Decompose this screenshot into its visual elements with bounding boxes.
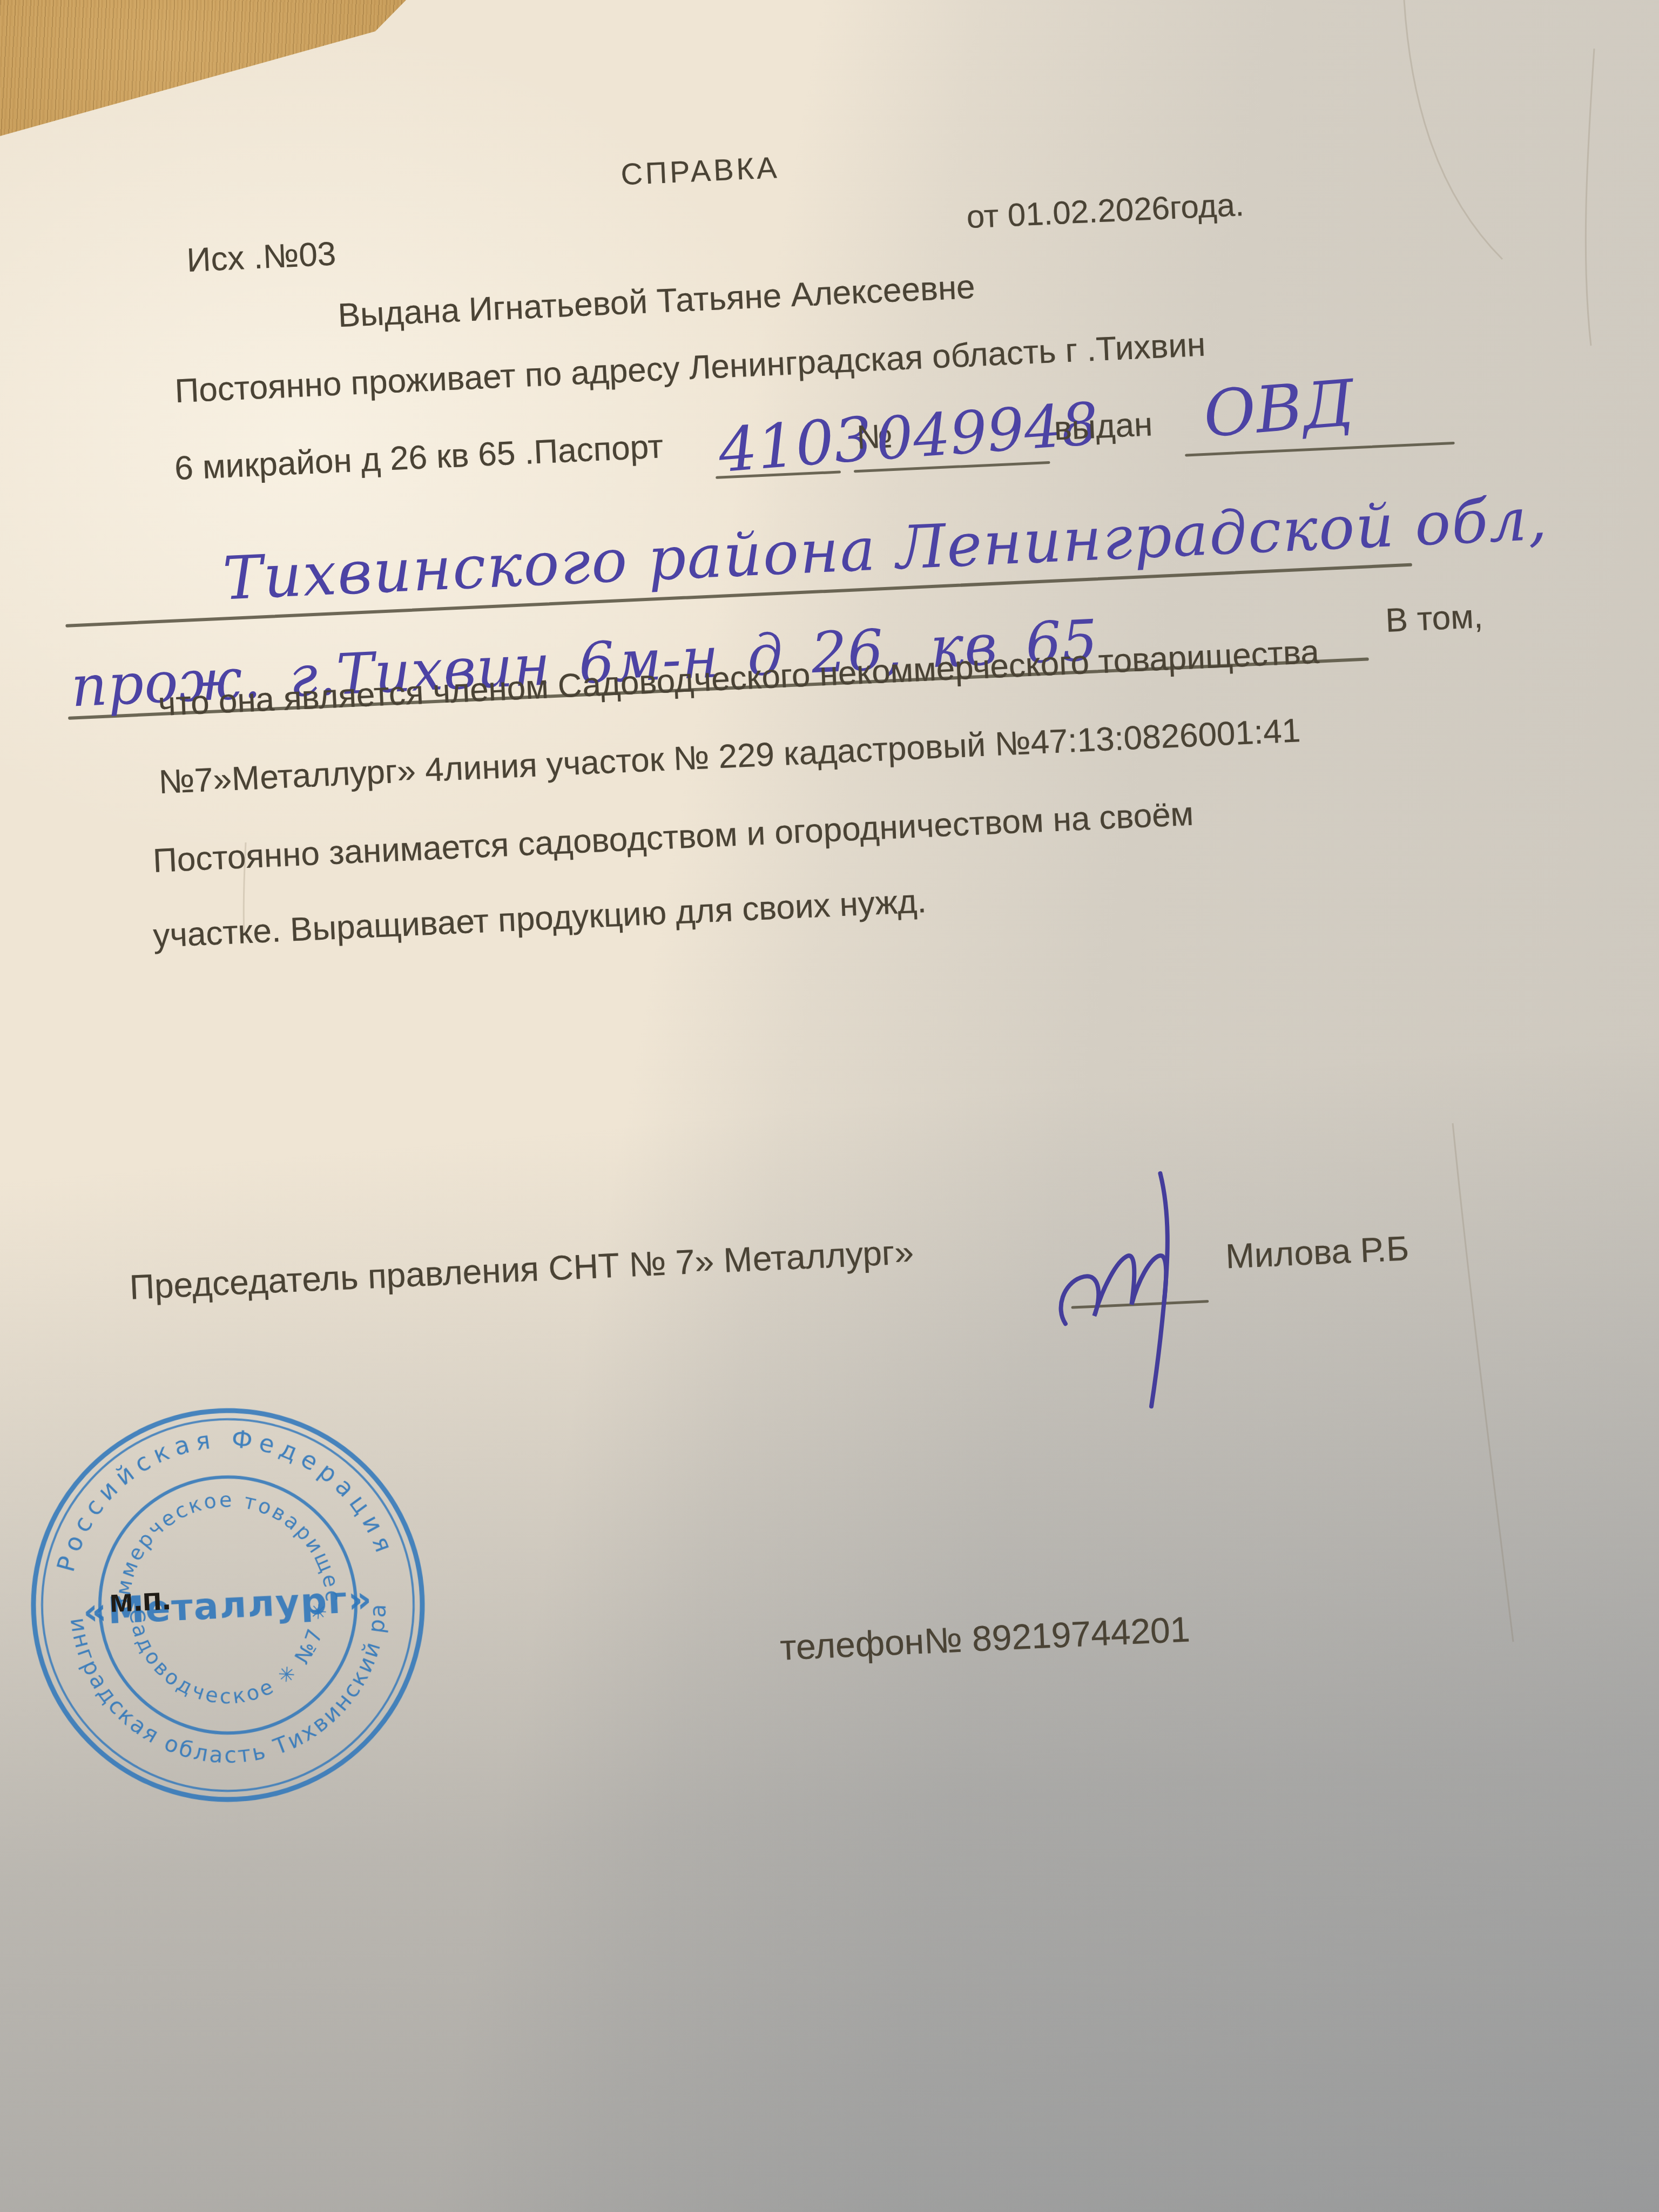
- passport-issued-label: выдан: [1053, 405, 1153, 448]
- stamp-place-mark: м.п.: [109, 1580, 172, 1620]
- signature-tail: [1141, 1174, 1176, 1407]
- passport-issued-by-handwritten: ОВД: [1201, 371, 1357, 447]
- document-content: СПРАВКА от 01.02.2026года. Исх .№03 Выда…: [76, 29, 1659, 2201]
- chairman-signature: [967, 1135, 1283, 1451]
- membership-line-2: №7»Металлург» 4линия участок № 229 кадас…: [158, 711, 1301, 801]
- handwritten-region-line: Тихвинского района Ленинградской обл,: [221, 489, 1549, 608]
- chairman-title-line: Председатель правления СНТ № 7» Металлур…: [129, 1232, 914, 1307]
- phone-line: телефон№ 89219744201: [779, 1609, 1191, 1668]
- outgoing-ref-number: Исх .№03: [186, 234, 336, 280]
- signature-loops: [1058, 1254, 1168, 1324]
- document-title: СПРАВКА: [620, 150, 780, 192]
- in-that-fragment: В том,: [1385, 597, 1484, 640]
- issued-to-line: Выдана Игнатьевой Татьяне Алексеевне: [337, 268, 976, 335]
- activity-line-2: участке. Выращивает продукцию для своих …: [152, 882, 927, 955]
- activity-line-1: Постоянно занимается садоводством и огор…: [152, 794, 1195, 880]
- passport-line-prefix: 6 микрайон д 26 кв 65 .Паспорт: [174, 427, 664, 488]
- passport-series-handwritten: 4103: [717, 409, 875, 481]
- document-date: от 01.02.2026года.: [966, 186, 1245, 235]
- round-stamp: Российская Федерация ✳ Ленинградская обл…: [8, 1385, 448, 1825]
